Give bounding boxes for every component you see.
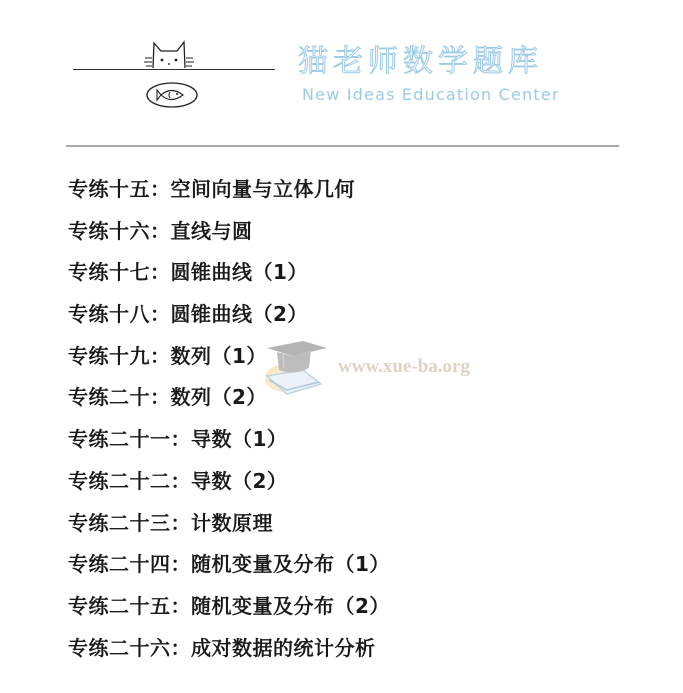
toc-item-title: 成对数据的统计分析 xyxy=(191,636,376,660)
toc-item-title: 圆锥曲线（1） xyxy=(171,260,308,284)
header-divider xyxy=(66,145,619,147)
brand-title-cn: 猫老师数学题库 xyxy=(298,44,543,80)
toc-item[interactable]: 专练二十一：导数（1） xyxy=(68,424,390,466)
toc-item-title: 随机变量及分布（1） xyxy=(191,552,390,576)
toc-item[interactable]: 专练十八：圆锥曲线（2） xyxy=(68,299,390,341)
toc-item-label: 专练二十五： xyxy=(68,594,191,618)
toc-item-label: 专练二十二： xyxy=(68,469,191,493)
toc-item-title: 圆锥曲线（2） xyxy=(171,302,308,326)
table-of-contents: 专练十五：空间向量与立体几何 专练十六：直线与圆 专练十七：圆锥曲线（1） 专练… xyxy=(68,174,390,674)
toc-item[interactable]: 专练二十二：导数（2） xyxy=(68,466,390,508)
toc-item-label: 专练二十四： xyxy=(68,552,191,576)
toc-item-label: 专练十六： xyxy=(68,219,171,243)
toc-item[interactable]: 专练二十三：计数原理 xyxy=(68,508,390,550)
toc-item-title: 导数（2） xyxy=(191,469,287,493)
brand-title-en: New Ideas Education Center xyxy=(302,85,560,105)
toc-item-title: 计数原理 xyxy=(191,511,273,535)
toc-item[interactable]: 专练十七：圆锥曲线（1） xyxy=(68,257,390,299)
toc-item[interactable]: 专练二十五：随机变量及分布（2） xyxy=(68,591,390,633)
document-header: 猫老师数学题库 New Ideas Education Center xyxy=(0,0,683,150)
toc-item-label: 专练十八： xyxy=(68,302,171,326)
toc-item-label: 专练二十六： xyxy=(68,636,191,660)
toc-item-label: 专练十九： xyxy=(68,344,171,368)
toc-item-label: 专练二十三： xyxy=(68,511,191,535)
logo-line xyxy=(73,69,275,70)
fish-plate-icon xyxy=(145,80,199,110)
toc-item-label: 专练二十一： xyxy=(68,427,191,451)
toc-item[interactable]: 专练十六：直线与圆 xyxy=(68,216,390,258)
watermark-text: www.xue-ba.org xyxy=(338,356,470,378)
graduation-cap-book-icon xyxy=(263,338,335,398)
toc-item[interactable]: 专练二十六：成对数据的统计分析 xyxy=(68,633,390,675)
toc-item-title: 导数（1） xyxy=(191,427,287,451)
toc-item-title: 空间向量与立体几何 xyxy=(171,177,356,201)
toc-item-label: 专练二十： xyxy=(68,385,171,409)
toc-item-title: 数列（1） xyxy=(171,344,267,368)
toc-item-label: 专练十七： xyxy=(68,260,171,284)
toc-item[interactable]: 专练二十四：随机变量及分布（1） xyxy=(68,549,390,591)
toc-item-label: 专练十五： xyxy=(68,177,171,201)
watermark: www.xue-ba.org xyxy=(263,338,503,398)
cat-icon xyxy=(143,38,195,70)
toc-item[interactable]: 专练十五：空间向量与立体几何 xyxy=(68,174,390,216)
toc-item-title: 数列（2） xyxy=(171,385,267,409)
toc-item-title: 直线与圆 xyxy=(171,219,253,243)
toc-item-title: 随机变量及分布（2） xyxy=(191,594,390,618)
